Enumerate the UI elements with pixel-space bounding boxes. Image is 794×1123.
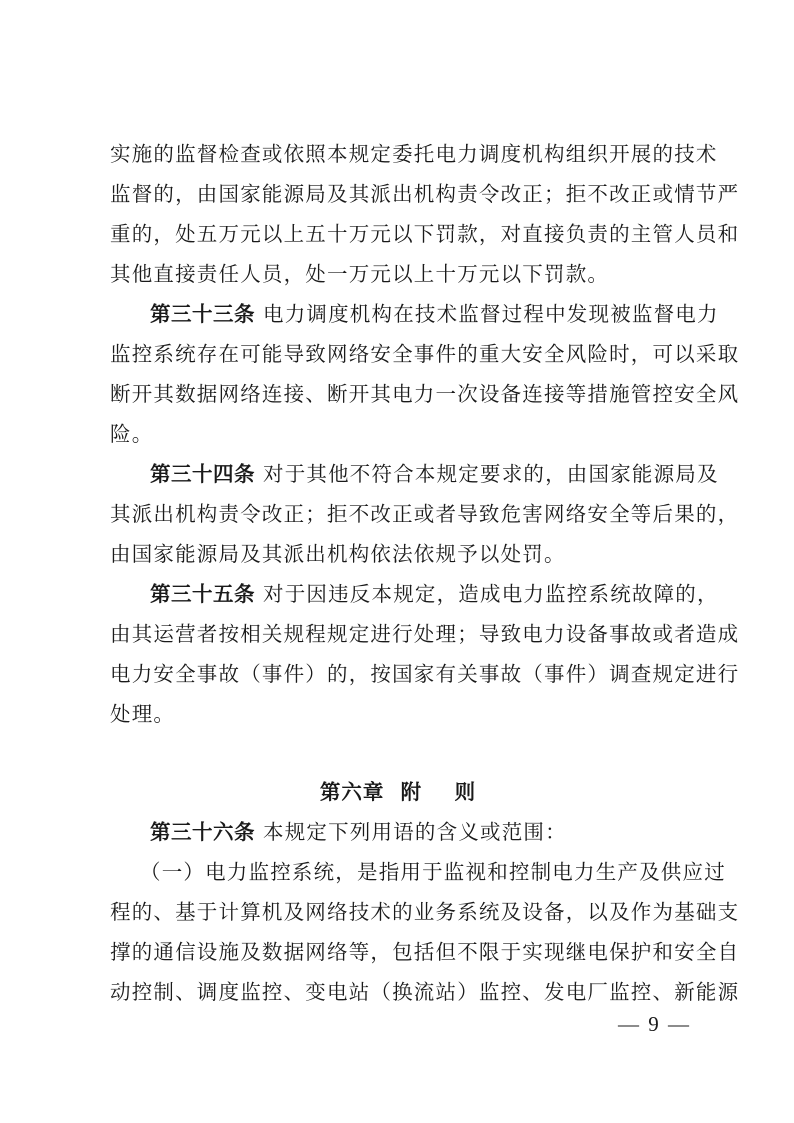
text-line: 断开其数据网络连接、断开其电力一次设备连接等措施管控安全风 xyxy=(110,374,686,414)
text-line: 重的，处五万元以上五十万元以下罚款，对直接负责的主管人员和 xyxy=(110,214,686,254)
definition-item-1: （一）电力监控系统，是指用于监视和控制电力生产及供应过 程的、基于计算机及网络技… xyxy=(110,852,686,1012)
article-first-line: 第三十六条本规定下列用语的含义或范围： xyxy=(110,812,686,852)
article-number: 第三十三条 xyxy=(150,302,255,326)
article-first-line: 第三十五条对于因违反本规定，造成电力监控系统故障的， xyxy=(110,574,686,614)
text-line: 处理。 xyxy=(110,694,686,734)
article-number: 第三十四条 xyxy=(150,462,255,486)
text-line: 撑的通信设施及数据网络等，包括但不限于实现继电保护和安全自 xyxy=(110,932,686,972)
article-first-line: 第三十四条对于其他不符合本规定要求的，由国家能源局及 xyxy=(110,454,686,494)
chapter-title: 第六章 附 则 xyxy=(110,772,686,812)
article-33: 第三十三条电力调度机构在技术监督过程中发现被监督电力 监控系统存在可能导致网络安… xyxy=(110,294,686,454)
article-35: 第三十五条对于因违反本规定，造成电力监控系统故障的， 由其运营者按相关规程规定进… xyxy=(110,574,686,734)
article-text: 电力调度机构在技术监督过程中发现被监督电力 xyxy=(263,302,719,326)
article-number: 第三十六条 xyxy=(150,820,255,844)
text-line: 其他直接责任人员，处一万元以上十万元以下罚款。 xyxy=(110,254,686,294)
article-36: 第三十六条本规定下列用语的含义或范围： xyxy=(110,812,686,852)
article-first-line: 第三十三条电力调度机构在技术监督过程中发现被监督电力 xyxy=(110,294,686,334)
text-line: 监控系统存在可能导致网络安全事件的重大安全风险时，可以采取 xyxy=(110,334,686,374)
text-line: 监督的，由国家能源局及其派出机构责令改正；拒不改正或情节严 xyxy=(110,174,686,214)
text-line: 由其运营者按相关规程规定进行处理；导致电力设备事故或者造成 xyxy=(110,614,686,654)
text-line: 由国家能源局及其派出机构依法依规予以处罚。 xyxy=(110,534,686,574)
continuation-paragraph: 实施的监督检查或依照本规定委托电力调度机构组织开展的技术 监督的，由国家能源局及… xyxy=(110,134,686,294)
text-line: 险。 xyxy=(110,414,686,454)
text-line: 程的、基于计算机及网络技术的业务系统及设备，以及作为基础支 xyxy=(110,892,686,932)
item-first-line: （一）电力监控系统，是指用于监视和控制电力生产及供应过 xyxy=(110,852,686,892)
text-line: 实施的监督检查或依照本规定委托电力调度机构组织开展的技术 xyxy=(110,134,686,174)
article-number: 第三十五条 xyxy=(150,582,255,606)
article-text: 本规定下列用语的含义或范围： xyxy=(263,820,567,844)
page-number: — 9 — xyxy=(618,1012,691,1037)
text-line: 动控制、调度监控、变电站（换流站）监控、发电厂监控、新能源 xyxy=(110,972,686,1012)
text-line: 其派出机构责令改正；拒不改正或者导致危害网络安全等后果的， xyxy=(110,494,686,534)
section-gap xyxy=(110,734,686,772)
article-text: 对于因违反本规定，造成电力监控系统故障的， xyxy=(263,582,719,606)
text-line: 电力安全事故（事件）的，按国家有关事故（事件）调查规定进行 xyxy=(110,654,686,694)
document-page: 实施的监督检查或依照本规定委托电力调度机构组织开展的技术 监督的，由国家能源局及… xyxy=(110,134,686,1012)
article-text: 对于其他不符合本规定要求的，由国家能源局及 xyxy=(263,462,719,486)
article-34: 第三十四条对于其他不符合本规定要求的，由国家能源局及 其派出机构责令改正；拒不改… xyxy=(110,454,686,574)
